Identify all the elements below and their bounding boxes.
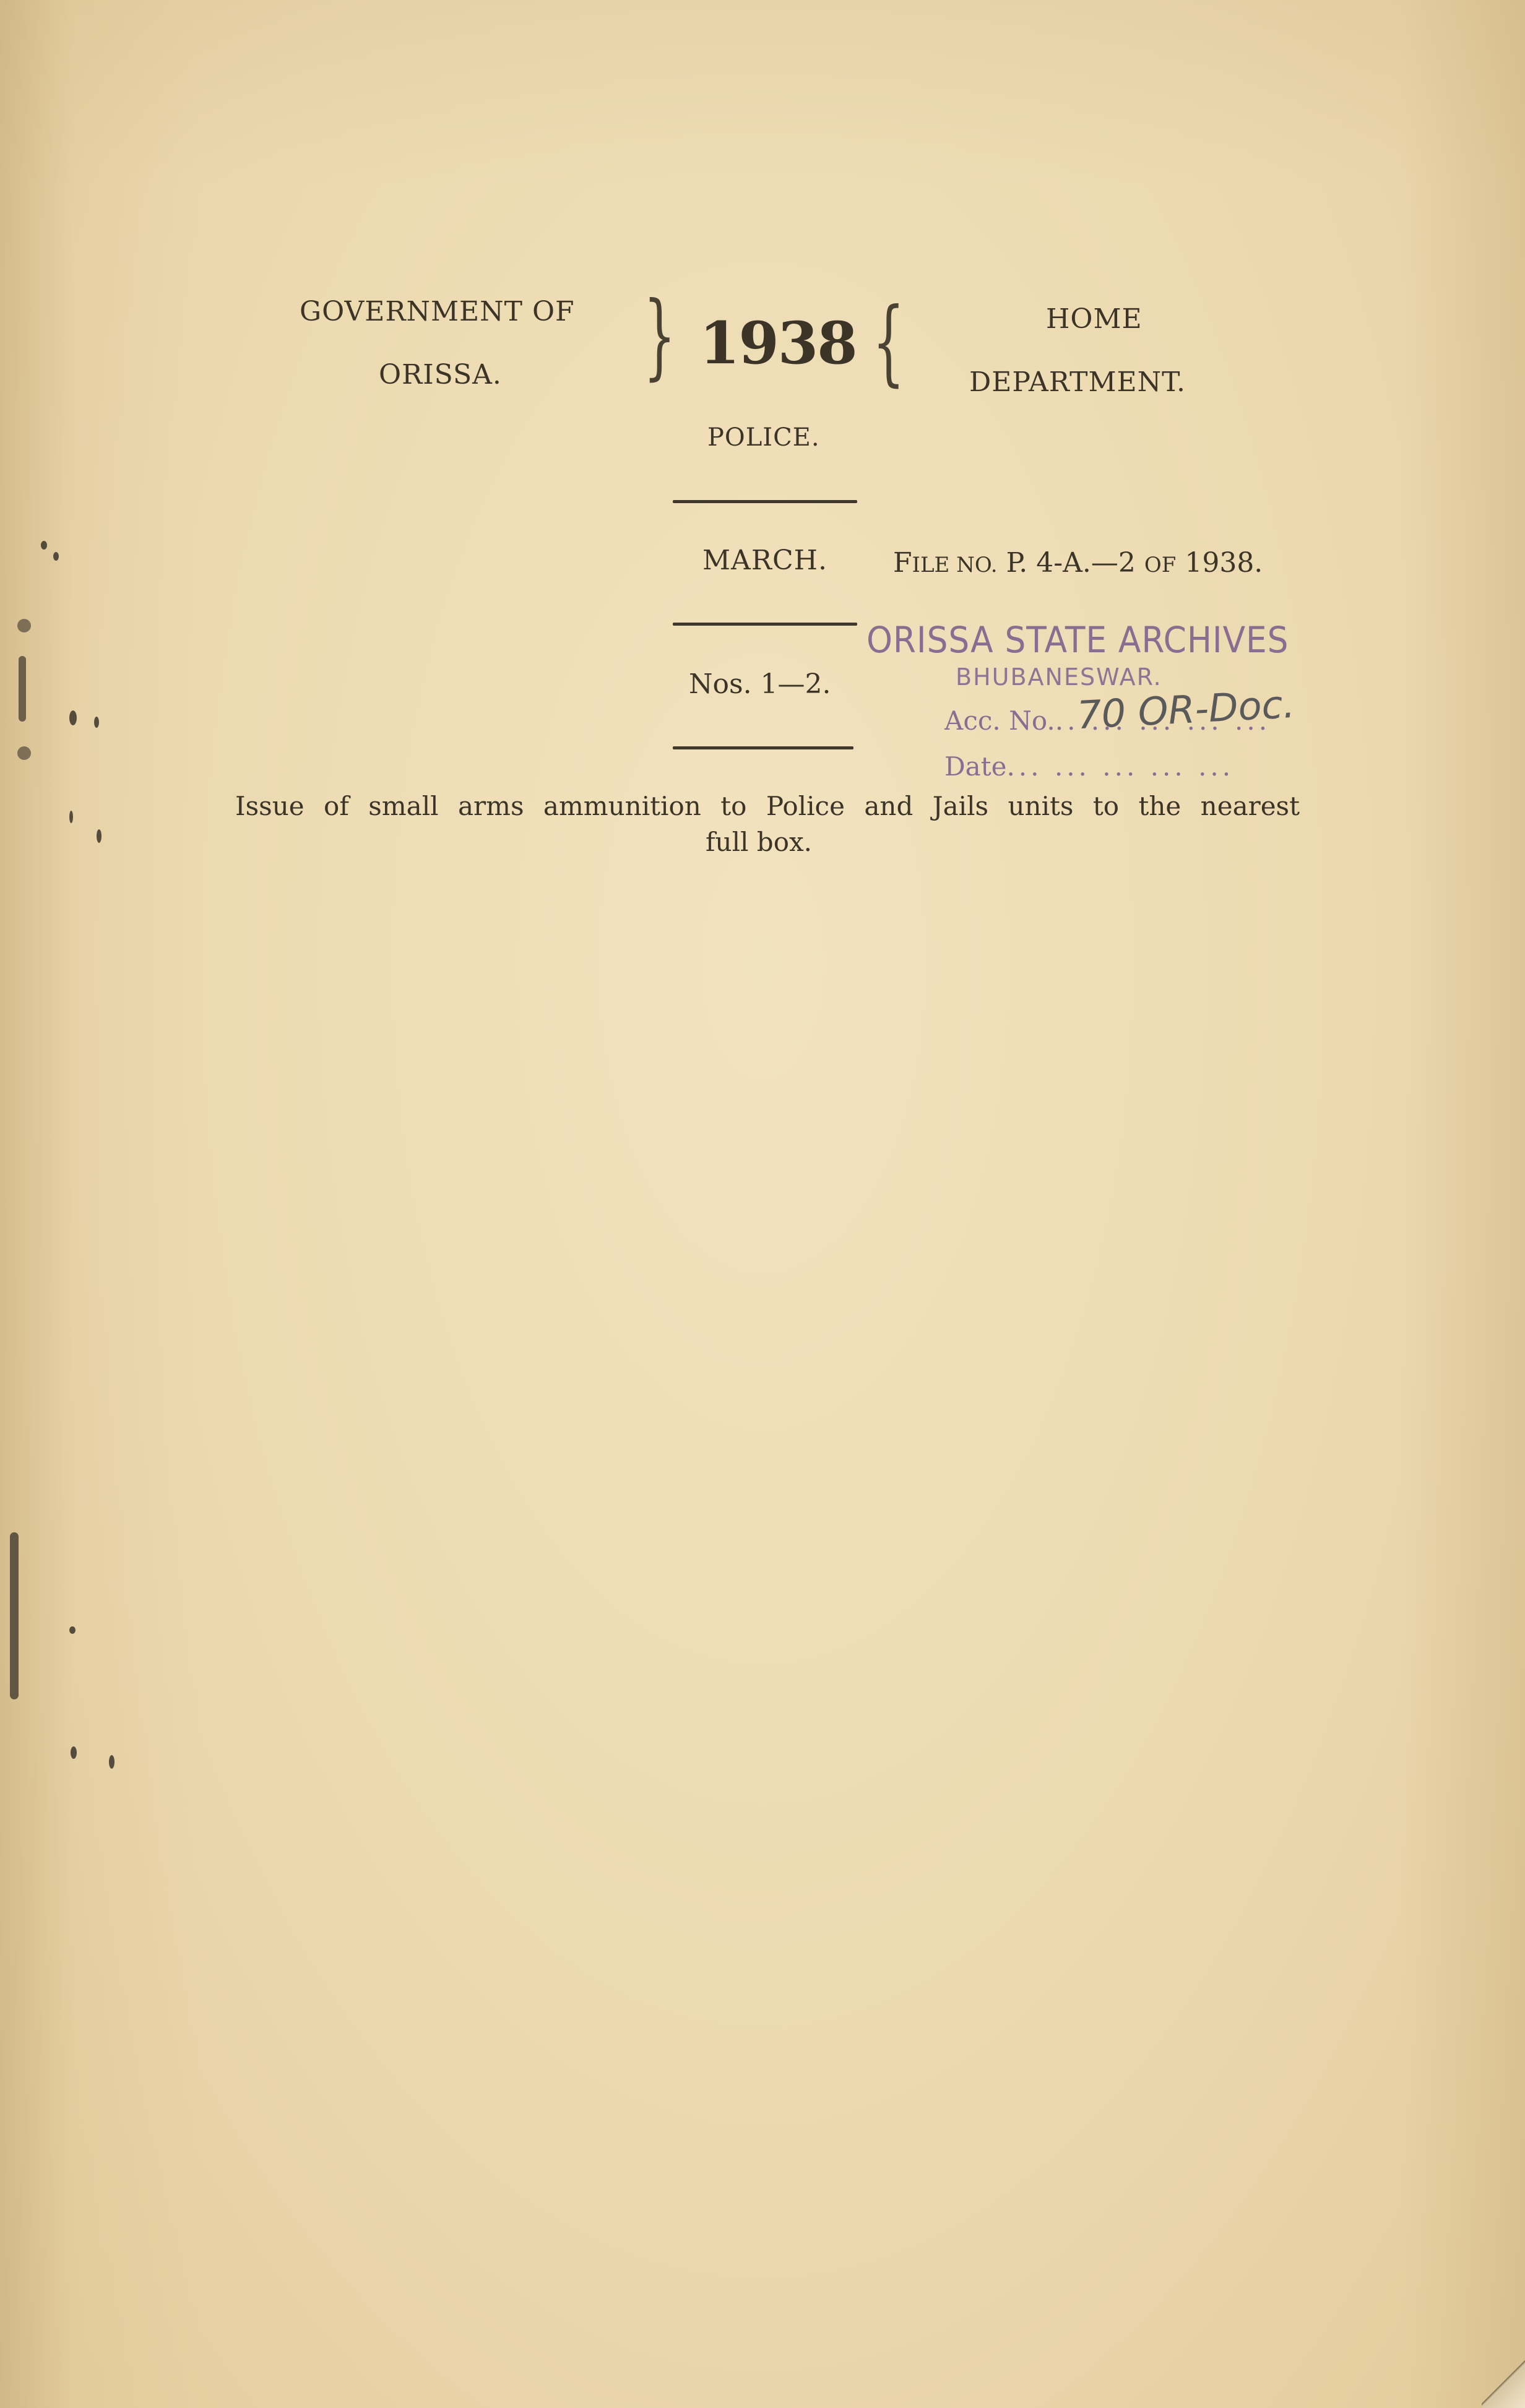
- file-prefix-small: ILE NO.: [912, 553, 998, 577]
- binding-stain: [10, 1532, 19, 1699]
- acc-label: Acc. No.: [944, 706, 1055, 736]
- file-number-value: P. 4-A.—2: [998, 547, 1144, 579]
- ink-spot: [53, 552, 59, 561]
- header-year: 1938: [699, 309, 857, 378]
- numbers-label: Nos. 1—2.: [689, 668, 831, 700]
- file-year: 1938.: [1176, 547, 1263, 579]
- ink-spot: [69, 1626, 76, 1634]
- header-government-of: GOVERNMENT OF: [300, 296, 575, 327]
- file-of: OF: [1144, 553, 1176, 577]
- binding-stain: [19, 656, 26, 722]
- ink-spot: [94, 717, 99, 728]
- file-number: FILE NO. P. 4-A.—2 OF 1938.: [893, 547, 1263, 579]
- ink-spot: [71, 1746, 77, 1759]
- staple-hole: [17, 619, 31, 632]
- divider-rule: [673, 500, 857, 503]
- header-branch-police: POLICE.: [707, 423, 820, 452]
- date-dots: ... ... ... ... ...: [1006, 751, 1234, 782]
- ink-spot: [97, 829, 102, 843]
- staple-hole: [17, 746, 31, 760]
- archive-stamp-title: ORISSA STATE ARCHIVES: [866, 619, 1289, 661]
- subject-line-1: Issue of small arms ammunition to Police…: [235, 791, 1300, 821]
- ink-spot: [69, 811, 73, 823]
- archive-stamp-city: BHUBANESWAR.: [956, 663, 1162, 691]
- archive-stamp-date: Date... ... ... ... ...: [944, 751, 1234, 782]
- header-orissa: ORISSA.: [379, 359, 502, 391]
- divider-rule: [673, 746, 853, 749]
- subject-line-2: full box.: [706, 827, 812, 857]
- ink-spot: [109, 1755, 114, 1769]
- month-label: MARCH.: [702, 545, 827, 576]
- header-home: HOME: [1046, 303, 1143, 335]
- ink-spot: [69, 710, 77, 725]
- divider-rule: [673, 623, 857, 626]
- brace-right: {: [872, 296, 904, 389]
- date-label: Date: [944, 751, 1006, 782]
- ink-spot: [41, 541, 47, 550]
- file-prefix-cap: F: [893, 547, 912, 579]
- brace-left: }: [643, 290, 675, 382]
- header-department: DEPARTMENT.: [969, 366, 1186, 398]
- folded-page-corner: [1482, 2358, 1525, 2408]
